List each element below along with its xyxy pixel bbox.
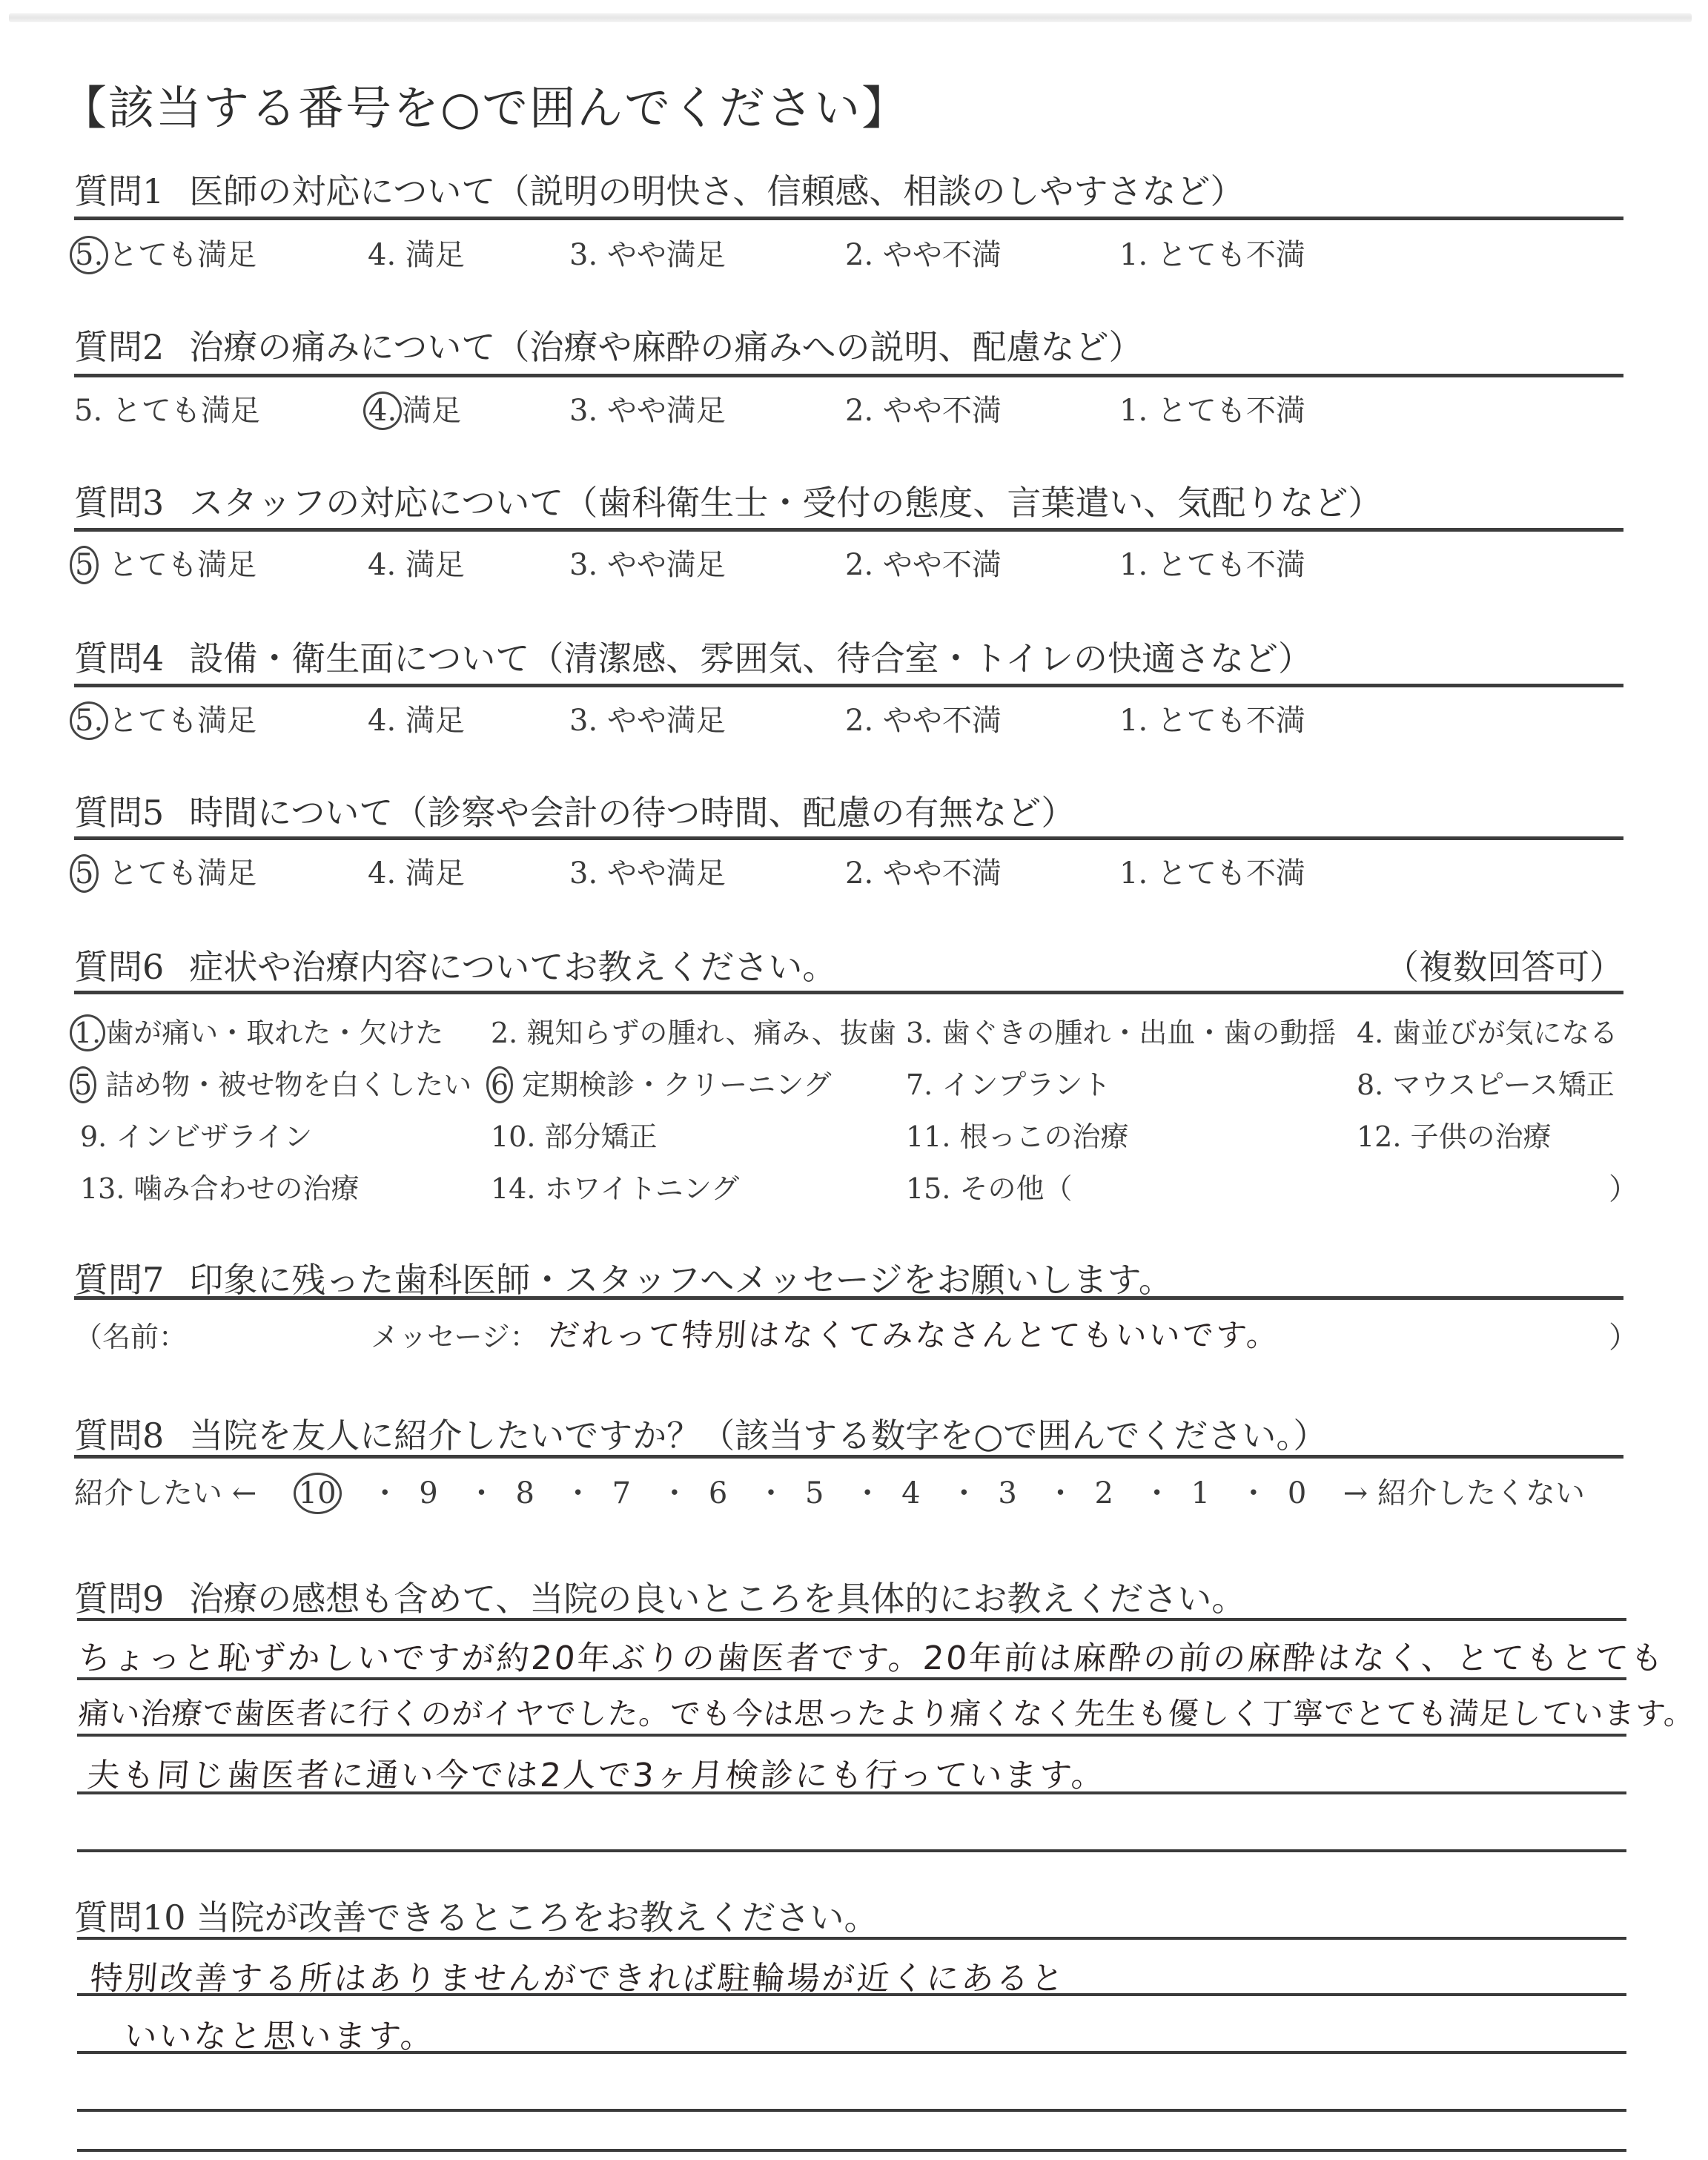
question-4-heading: 質問4設備・衛生面について（清潔感、雰囲気、待合室・トイレの快適さなど） [74, 632, 1312, 681]
question-text: 印象に残った歯科医師・スタッフへメッセージをお願いします。 [189, 1260, 1173, 1300]
symptom-option-1[interactable]: 1.歯が痛い・取れた・欠けた [74, 1010, 443, 1051]
option-4[interactable]: 4. 満足 [368, 541, 465, 584]
referral-scale: 紹介したい ← 10 ・9 ・8 ・7 ・6 ・5 ・4 ・3 ・2 ・1 ・0… [74, 1470, 1631, 1512]
symptom-option-12[interactable]: 12. 子供の治療 [1357, 1114, 1552, 1155]
answer-line [77, 1618, 1626, 1621]
symptom-option-3[interactable]: 3. 歯ぐきの腫れ・出血・歯の動揺 [906, 1010, 1336, 1051]
answer-line [77, 2149, 1626, 2152]
message-label: メッセージ： [371, 1314, 538, 1355]
option-3[interactable]: 3. やや満足 [569, 231, 726, 274]
page-title: 【該当する番号を○で囲んでください】 [61, 71, 909, 137]
answer-line [77, 1993, 1626, 1996]
divider [74, 1296, 1623, 1300]
question-1-heading: 質問1医師の対応について（説明の明快さ、信頼感、相談のしやすさなど） [74, 165, 1245, 214]
option-5[interactable]: 5.とても満足 [74, 697, 256, 739]
option-5[interactable]: 5 とても満足 [74, 541, 256, 584]
question-number: 質問2 [74, 327, 164, 367]
question-number: 質問7 [74, 1260, 164, 1300]
question-text: 医師の対応について（説明の明快さ、信頼感、相談のしやすさなど） [189, 171, 1244, 211]
divider [74, 836, 1623, 840]
option-2[interactable]: 2. やや不満 [845, 541, 1002, 584]
option-1[interactable]: 1. とても不満 [1119, 850, 1305, 892]
divider [74, 528, 1623, 532]
option-2[interactable]: 2. やや不満 [845, 231, 1002, 274]
symptom-option-6[interactable]: 6 定期検診・クリーニング [491, 1062, 832, 1103]
question-6-heading: 質問6症状や治療内容についてお教えください。 [74, 940, 836, 989]
symptom-option-4[interactable]: 4. 歯並びが気になる [1357, 1010, 1618, 1051]
option-5[interactable]: 5. とても満足 [74, 387, 260, 429]
question-3-heading: 質問3スタッフの対応について（歯科衛生士・受付の態度、言葉遣い、気配りなど） [74, 476, 1382, 525]
question-text: 当院が改善できるところをお教えください。 [196, 1898, 878, 1938]
option-4[interactable]: 4. 満足 [368, 231, 465, 274]
symptom-option-8[interactable]: 8. マウスピース矯正 [1357, 1062, 1615, 1103]
answer-line [77, 1677, 1626, 1680]
question-text: 時間について（診察や会計の待つ時間、配慮の有無など） [189, 793, 1075, 833]
divider [74, 374, 1623, 377]
scale-value-3[interactable]: 3 [998, 1476, 1016, 1510]
option-2[interactable]: 2. やや不満 [845, 387, 1002, 429]
divider [74, 991, 1623, 994]
question-5-heading: 質問5時間について（診察や会計の待つ時間、配慮の有無など） [74, 786, 1075, 835]
option-3[interactable]: 3. やや満足 [569, 697, 726, 739]
option-4[interactable]: 4. 満足 [368, 850, 465, 892]
question-number: 質問6 [74, 947, 164, 987]
divider [74, 684, 1623, 687]
answer-text-line-1[interactable]: ちょっと恥ずかしいですが約20年ぶりの歯医者です。20年前は麻酔の前の麻酔はなく… [77, 1631, 1667, 1679]
option-3[interactable]: 3. やや満足 [569, 387, 726, 429]
scale-value-4[interactable]: 4 [901, 1476, 920, 1510]
scale-value-5[interactable]: 5 [805, 1476, 824, 1510]
question-text: 設備・衛生面について（清潔感、雰囲気、待合室・トイレの快適さなど） [189, 638, 1312, 678]
question-7-heading: 質問7印象に残った歯科医師・スタッフへメッセージをお願いします。 [74, 1253, 1173, 1302]
other-close-paren: ） [1609, 1166, 1638, 1208]
question-number: 質問10 [74, 1898, 186, 1938]
question-number: 質問8 [74, 1416, 164, 1456]
scale-value-9[interactable]: 9 [419, 1476, 437, 1510]
question-number: 質問4 [74, 638, 164, 678]
option-2[interactable]: 2. やや不満 [845, 850, 1002, 892]
option-5[interactable]: 5 とても満足 [74, 850, 256, 892]
scale-right-label: → 紹介したくない [1343, 1476, 1585, 1510]
question-number: 質問3 [74, 483, 164, 523]
symptom-option-14[interactable]: 14. ホワイトニング [491, 1166, 739, 1206]
improvement-text-line-1[interactable]: 特別改善する所はありませんができれば駐輪場が近くにあると [89, 1952, 1067, 1999]
option-1[interactable]: 1. とても不満 [1119, 231, 1305, 274]
scale-value-10[interactable]: 10 [294, 1473, 342, 1514]
divider [74, 1455, 1623, 1459]
scale-value-2[interactable]: 2 [1095, 1476, 1113, 1510]
scale-left-label: 紹介したい ← [74, 1476, 256, 1510]
question-10-heading: 質問10当院が改善できるところをお教えください。 [74, 1891, 878, 1940]
answer-line [77, 2051, 1626, 2054]
answer-line [77, 1791, 1626, 1794]
option-1[interactable]: 1. とても不満 [1119, 697, 1305, 739]
option-3[interactable]: 3. やや満足 [569, 850, 726, 892]
option-4[interactable]: 4.満足 [368, 387, 461, 429]
question-text: 症状や治療内容についてお教えください。 [189, 947, 836, 987]
message-close-paren: ） [1609, 1314, 1638, 1356]
symptom-option-11[interactable]: 11. 根っこの治療 [906, 1114, 1129, 1155]
symptom-option-9[interactable]: 9. インビザライン [80, 1114, 312, 1155]
symptom-option-15-other[interactable]: 15. その他（ [906, 1166, 1073, 1206]
scale-value-8[interactable]: 8 [515, 1476, 534, 1510]
question-8-heading: 質問8当院を友人に紹介したいですか？（該当する数字を○で囲んでください。） [74, 1409, 1327, 1458]
scale-value-0[interactable]: 0 [1288, 1476, 1306, 1510]
improvement-text-line-2[interactable]: いいなと思います。 [123, 2009, 437, 2057]
answer-line [77, 1937, 1626, 1940]
symptom-option-7[interactable]: 7. インプラント [906, 1062, 1110, 1103]
option-3[interactable]: 3. やや満足 [569, 541, 726, 584]
symptom-option-2[interactable]: 2. 親知らずの腫れ、痛み、抜歯 [491, 1010, 896, 1051]
question-text: 当院を友人に紹介したいですか？（該当する数字を○で囲んでください。） [189, 1416, 1327, 1456]
question-number: 質問9 [74, 1579, 164, 1619]
option-1[interactable]: 1. とても不満 [1119, 541, 1305, 584]
scale-value-7[interactable]: 7 [612, 1476, 631, 1510]
answer-line [77, 1734, 1626, 1737]
question-2-heading: 質問2治療の痛みについて（治療や麻酔の痛みへの説明、配慮など） [74, 320, 1142, 369]
symptom-option-10[interactable]: 10. 部分矯正 [491, 1114, 658, 1155]
answer-text-line-3[interactable]: 夫も同じ歯医者に通い今では2人で3ヶ月検診にも行っています。 [86, 1748, 1108, 1796]
question-text: 治療の痛みについて（治療や麻酔の痛みへの説明、配慮など） [189, 327, 1142, 367]
answer-text-line-2[interactable]: 痛い治療で歯医者に行くのがイヤでした。でも今は思ったより痛くなく先生も優しく丁寧… [77, 1689, 1697, 1733]
scale-value-1[interactable]: 1 [1191, 1476, 1210, 1510]
scale-value-6[interactable]: 6 [709, 1476, 727, 1510]
question-text: 治療の感想も含めて、当院の良いところを具体的にお教えください。 [189, 1579, 1245, 1619]
question-number: 質問5 [74, 793, 164, 833]
option-2[interactable]: 2. やや不満 [845, 697, 1002, 739]
message-field[interactable]: だれって特別はなくてみなさんとてもいいです。 [547, 1311, 1282, 1355]
multiple-answers-note: （複数回答可） [1385, 940, 1623, 989]
question-number: 質問1 [74, 171, 164, 211]
option-1[interactable]: 1. とても不満 [1119, 387, 1305, 429]
scan-edge [9, 13, 1692, 22]
symptom-option-13[interactable]: 13. 噛み合わせの治療 [80, 1166, 360, 1206]
option-4[interactable]: 4. 満足 [368, 697, 465, 739]
answer-line [77, 1849, 1626, 1852]
divider [74, 217, 1623, 220]
answer-line [77, 2109, 1626, 2112]
name-label: （名前： [74, 1314, 187, 1355]
symptom-option-5[interactable]: 5 詰め物・被せ物を白くしたい [74, 1062, 471, 1103]
question-9-heading: 質問9治療の感想も含めて、当院の良いところを具体的にお教えください。 [74, 1572, 1245, 1621]
option-5[interactable]: 5.とても満足 [74, 231, 256, 274]
question-text: スタッフの対応について（歯科衛生士・受付の態度、言葉遣い、気配りなど） [189, 483, 1382, 523]
